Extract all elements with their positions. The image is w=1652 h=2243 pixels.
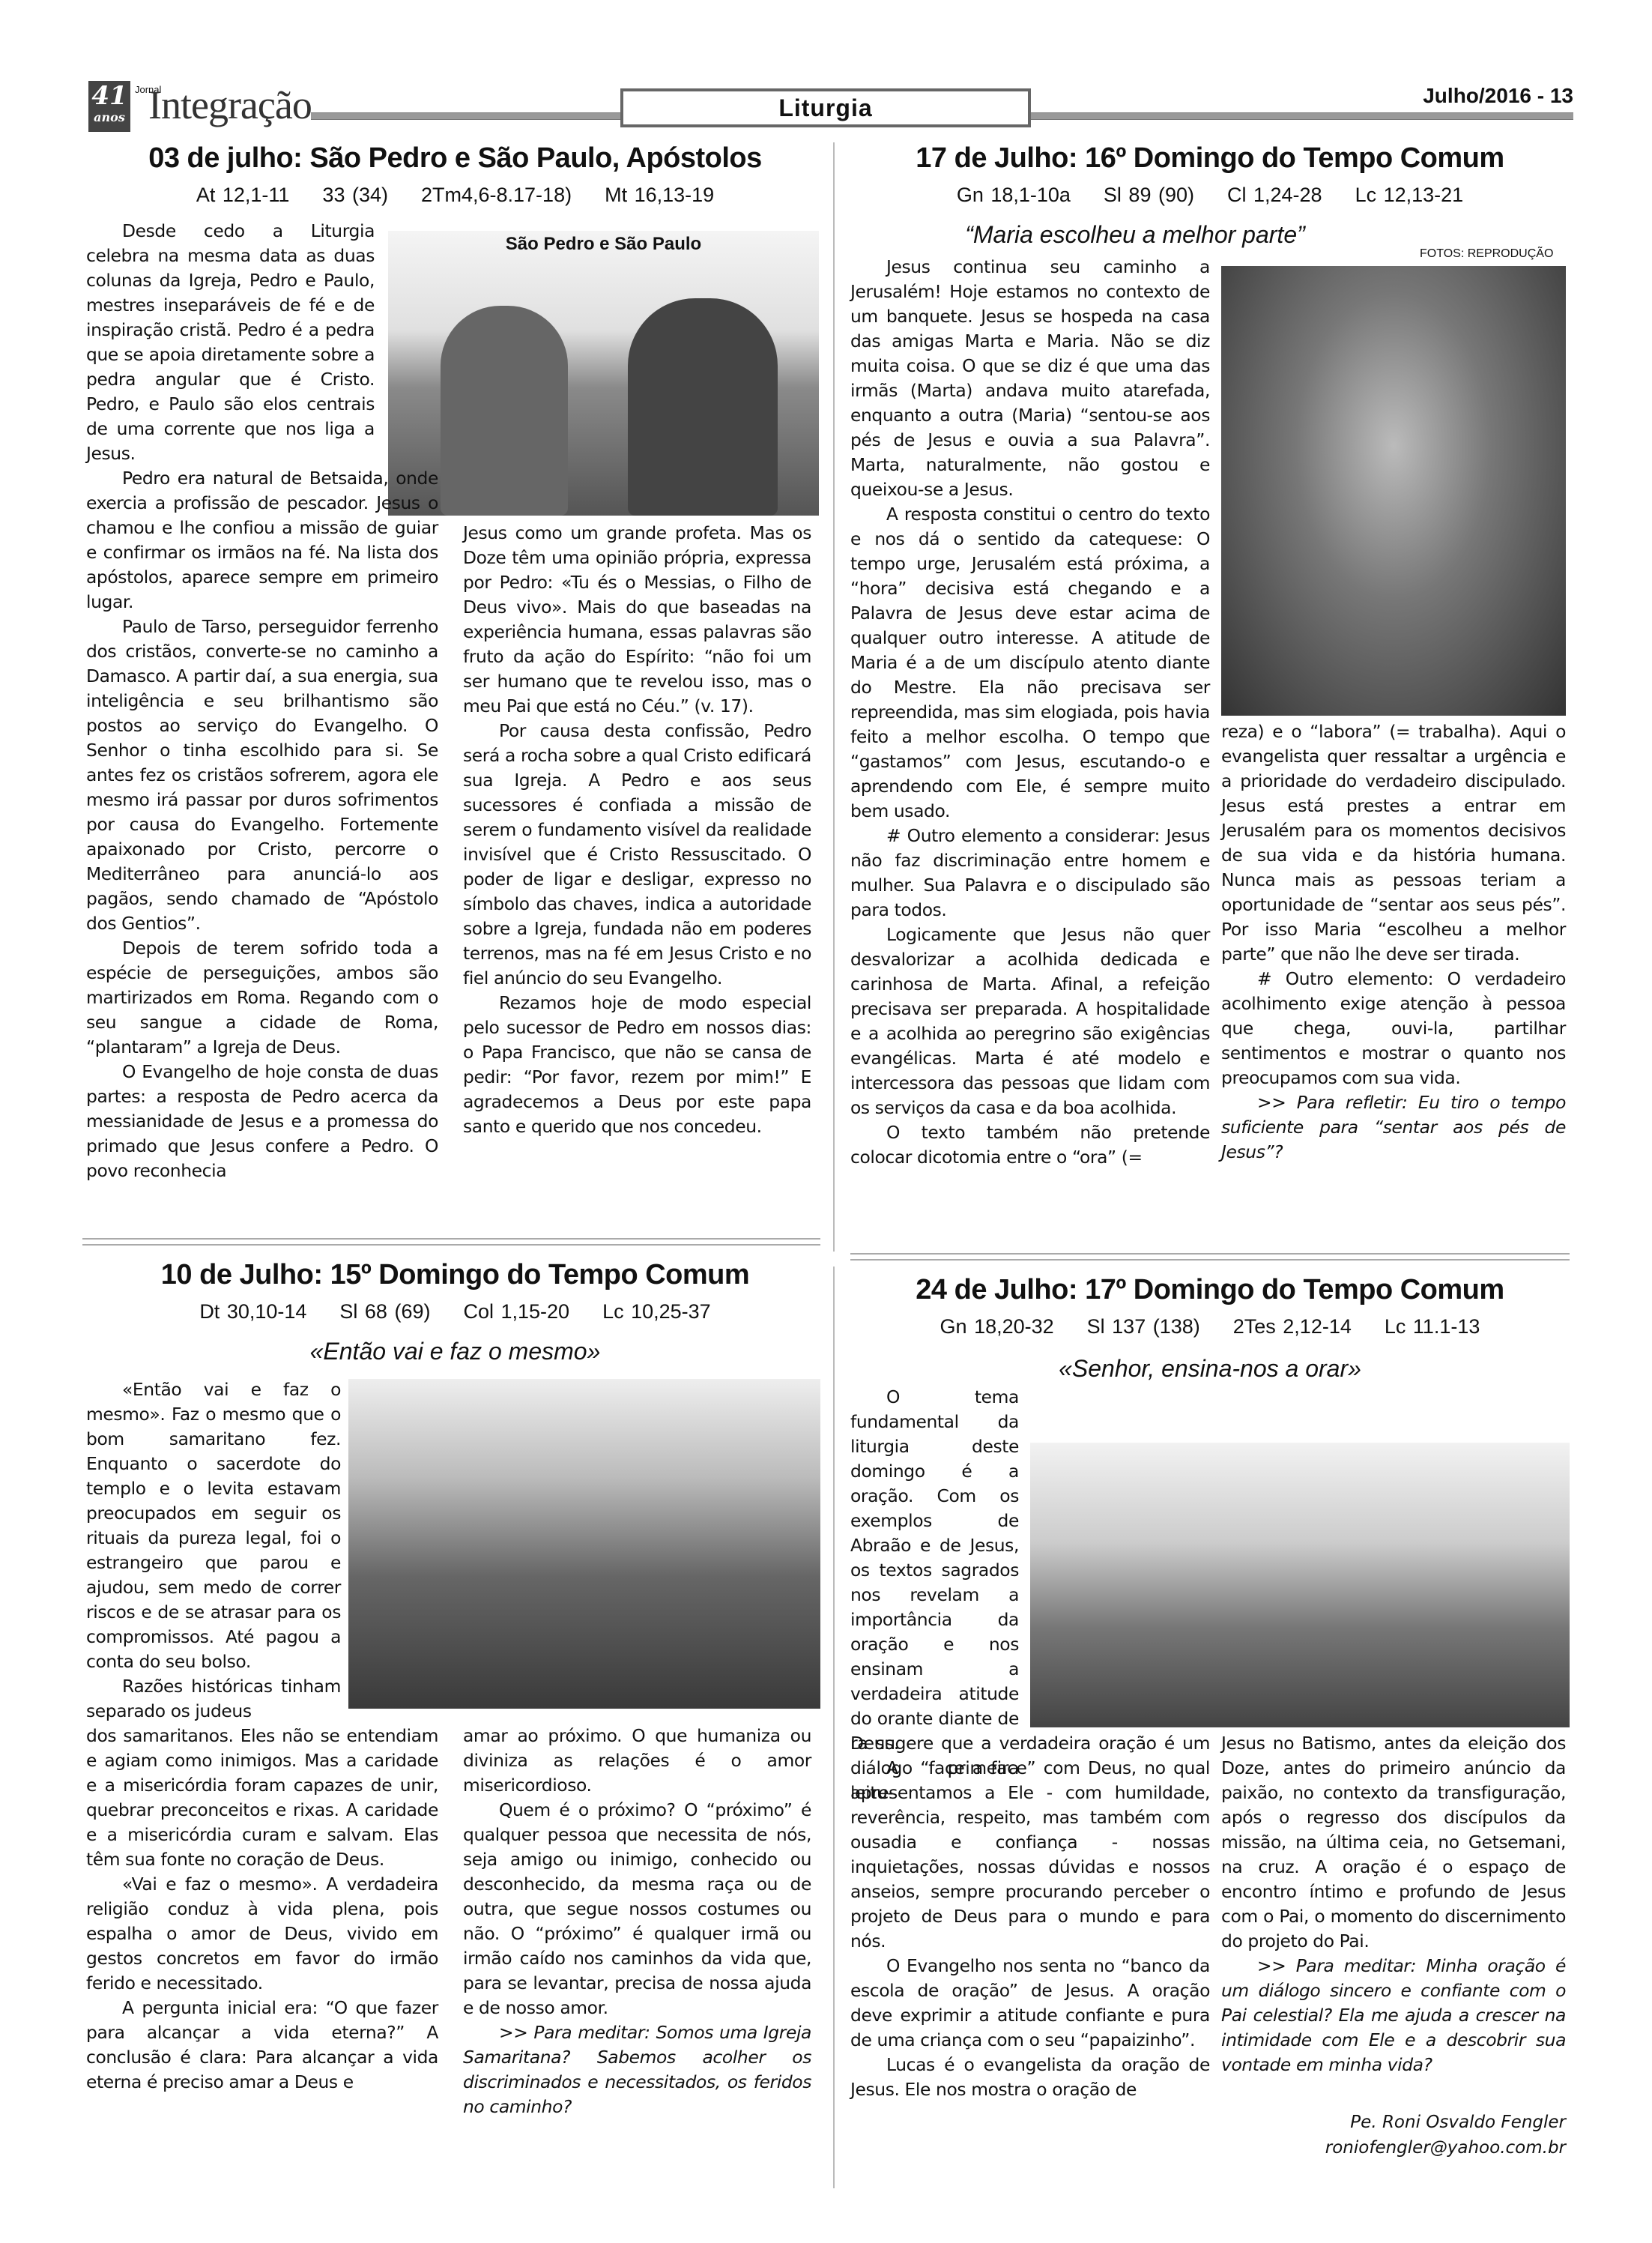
figure-pedro	[441, 306, 568, 516]
article-3-refs: Dt 30,10-14Sl 68 (69)Col 1,15-20Lc 10,25…	[86, 1300, 824, 1323]
article-1-title: 03 de julho: São Pedro e São Paulo, Após…	[86, 142, 824, 175]
article-3-col1-top: «Então vai e faz o mesmo». Faz o mesmo q…	[86, 1377, 341, 1724]
article-4-reflection: >> Para meditar: Minha oração é um diálo…	[1221, 1954, 1566, 2077]
article-1-col1: Pedro era natural de Betsaida, onde exer…	[86, 219, 438, 1183]
article-4-motto: «Senhor, ensina-nos a orar»	[843, 1355, 1577, 1383]
article-2-motto: “Maria escolheu a melhor parte”	[843, 221, 1427, 249]
article-3-col1: dos samaritanos. Eles não se entendiam e…	[86, 1724, 438, 2095]
article-4-refs: Gn 18,20-32Sl 137 (138)2Tes 2,12-14Lc 11…	[843, 1315, 1577, 1338]
article-3-motto: «Então vai e faz o mesmo»	[86, 1338, 824, 1365]
image-jesus-orando	[1030, 1443, 1570, 1727]
section-title: Liturgia	[620, 88, 1031, 127]
column-divider-bottom	[833, 1267, 835, 2188]
masthead-rule-left	[311, 112, 622, 120]
author-signature: Pe. Roni Osvaldo Fengler roniofengler@ya…	[1221, 2110, 1566, 2161]
logo-name: Integração	[148, 82, 312, 127]
article-4-col1: ra sugere que a verdadeira oração é um d…	[850, 1731, 1210, 2102]
image-caption: São Pedro e São Paulo	[388, 234, 819, 255]
separator-right	[850, 1253, 1570, 1261]
article-3-title: 10 de Julho: 15º Domingo do Tempo Comum	[86, 1259, 824, 1291]
article-2-title: 17 de Julho: 16º Domingo do Tempo Comum	[843, 142, 1577, 175]
author-name: Pe. Roni Osvaldo Fengler	[1221, 2110, 1566, 2135]
newspaper-logo: 41 anos Jornal Integração	[88, 81, 313, 133]
figure-paulo	[628, 298, 778, 516]
article-1-col2: Jesus como um grande profeta. Mas os Doz…	[463, 521, 811, 1139]
image-sao-pedro-e-sao-paulo: São Pedro e São Paulo	[388, 231, 819, 516]
photo-credit: FOTOS: REPRODUÇÃO	[1420, 247, 1553, 261]
article-1-refs: At 12,1-1133 (34)2Tm4,6-8.17-18)Mt 16,13…	[86, 184, 824, 207]
anniversary-badge: 41 anos	[88, 81, 130, 132]
separator-left	[82, 1238, 820, 1246]
article-2-col1: Jesus continua seu caminho a Jerusalém! …	[850, 255, 1210, 1170]
article-2-refs: Gn 18,1-10aSl 89 (90)Cl 1,24-28Lc 12,13-…	[843, 184, 1577, 207]
masthead-rule-right	[1026, 112, 1573, 120]
article-4-title: 24 de Julho: 17º Domingo do Tempo Comum	[843, 1274, 1577, 1306]
column-divider	[833, 142, 835, 1252]
image-marta-e-maria	[1221, 266, 1566, 716]
image-bom-samaritano	[348, 1379, 820, 1709]
author-email[interactable]: roniofengler@yahoo.com.br	[1221, 2135, 1566, 2161]
article-2-col2: reza) e o “labora” (= trabalha). Aqui o …	[1221, 719, 1566, 1165]
article-3-col2: amar ao próximo. O que humaniza ou divin…	[463, 1724, 811, 2119]
article-4-col2: Jesus no Batismo, antes da eleição dos D…	[1221, 1731, 1566, 2077]
article-3-reflection: >> Para meditar: Somos uma Igreja Samari…	[463, 2020, 811, 2119]
article-2-reflection: >> Para refletir: Eu tiro o tempo sufici…	[1221, 1090, 1566, 1165]
page-info: Julho/2016 - 13	[1423, 84, 1573, 108]
